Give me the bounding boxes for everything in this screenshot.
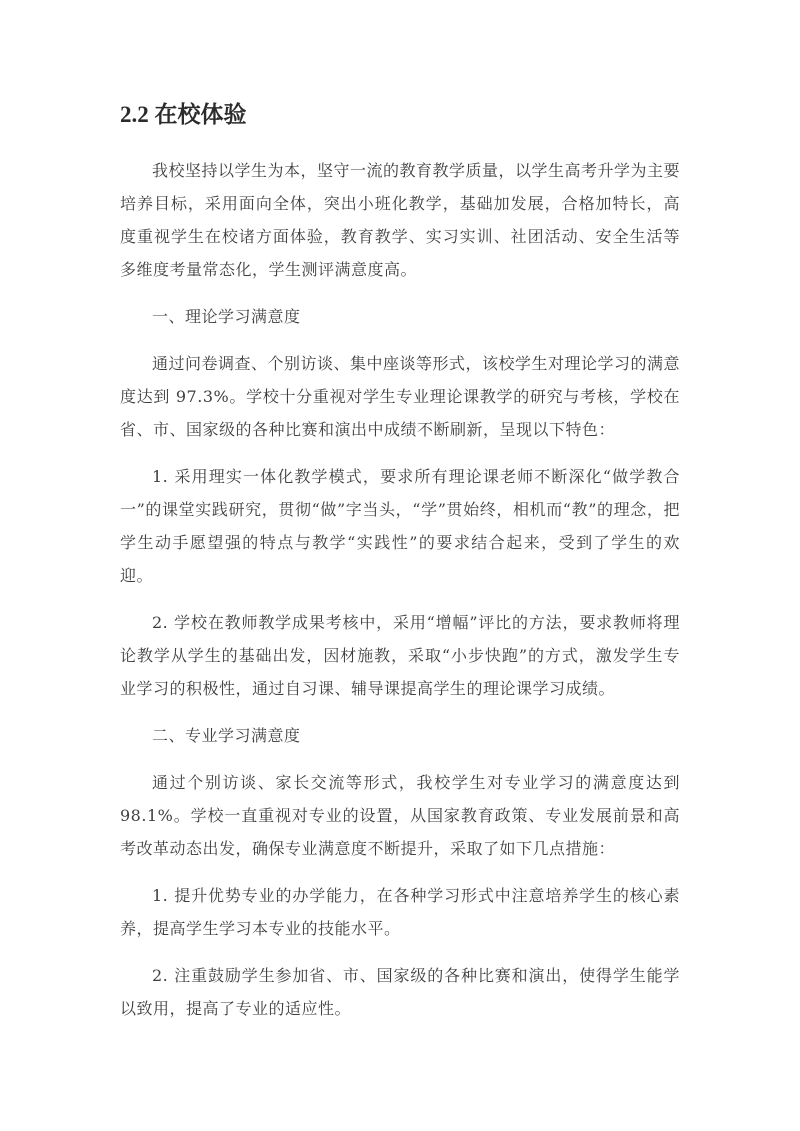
- paragraph-theory-satisfaction-rate: 通过问卷调查、个别访谈、集中座谈等形式，该校学生对理论学习的满意度达到 97.3…: [120, 347, 680, 446]
- paragraph-theory-feature-2: 2. 学校在教师教学成果考核中，采用“增幅”评比的方法，要求教师将理论教学从学生…: [120, 606, 680, 705]
- subheading-theory-learning-satisfaction: 一、理论学习满意度: [120, 300, 680, 333]
- subheading-major-learning-satisfaction: 二、专业学习满意度: [120, 719, 680, 752]
- document-page: 2.2 在校体验 我校坚持以学生为本，坚守一流的教育教学质量，以学生高考升学为主…: [0, 0, 800, 1131]
- paragraph-major-satisfaction-rate: 通过个别访谈、家长交流等形式，我校学生对专业学习的满意度达到 98.1%。学校一…: [120, 766, 680, 865]
- paragraph-major-measure-2: 2. 注重鼓励学生参加省、市、国家级的各种比赛和演出，使得学生能学以致用，提高了…: [120, 959, 680, 1025]
- paragraph-major-measure-1: 1. 提升优势专业的办学能力，在各种学习形式中注意培养学生的核心素养，提高学生学…: [120, 879, 680, 945]
- paragraph-theory-feature-1: 1. 采用理实一体化教学模式，要求所有理论课老师不断深化“做学教合一”的课堂实践…: [120, 460, 680, 592]
- paragraph-school-overview: 我校坚持以学生为本，坚守一流的教育教学质量，以学生高考升学为主要培养目标，采用面…: [120, 154, 680, 286]
- section-title: 2.2 在校体验: [120, 100, 680, 130]
